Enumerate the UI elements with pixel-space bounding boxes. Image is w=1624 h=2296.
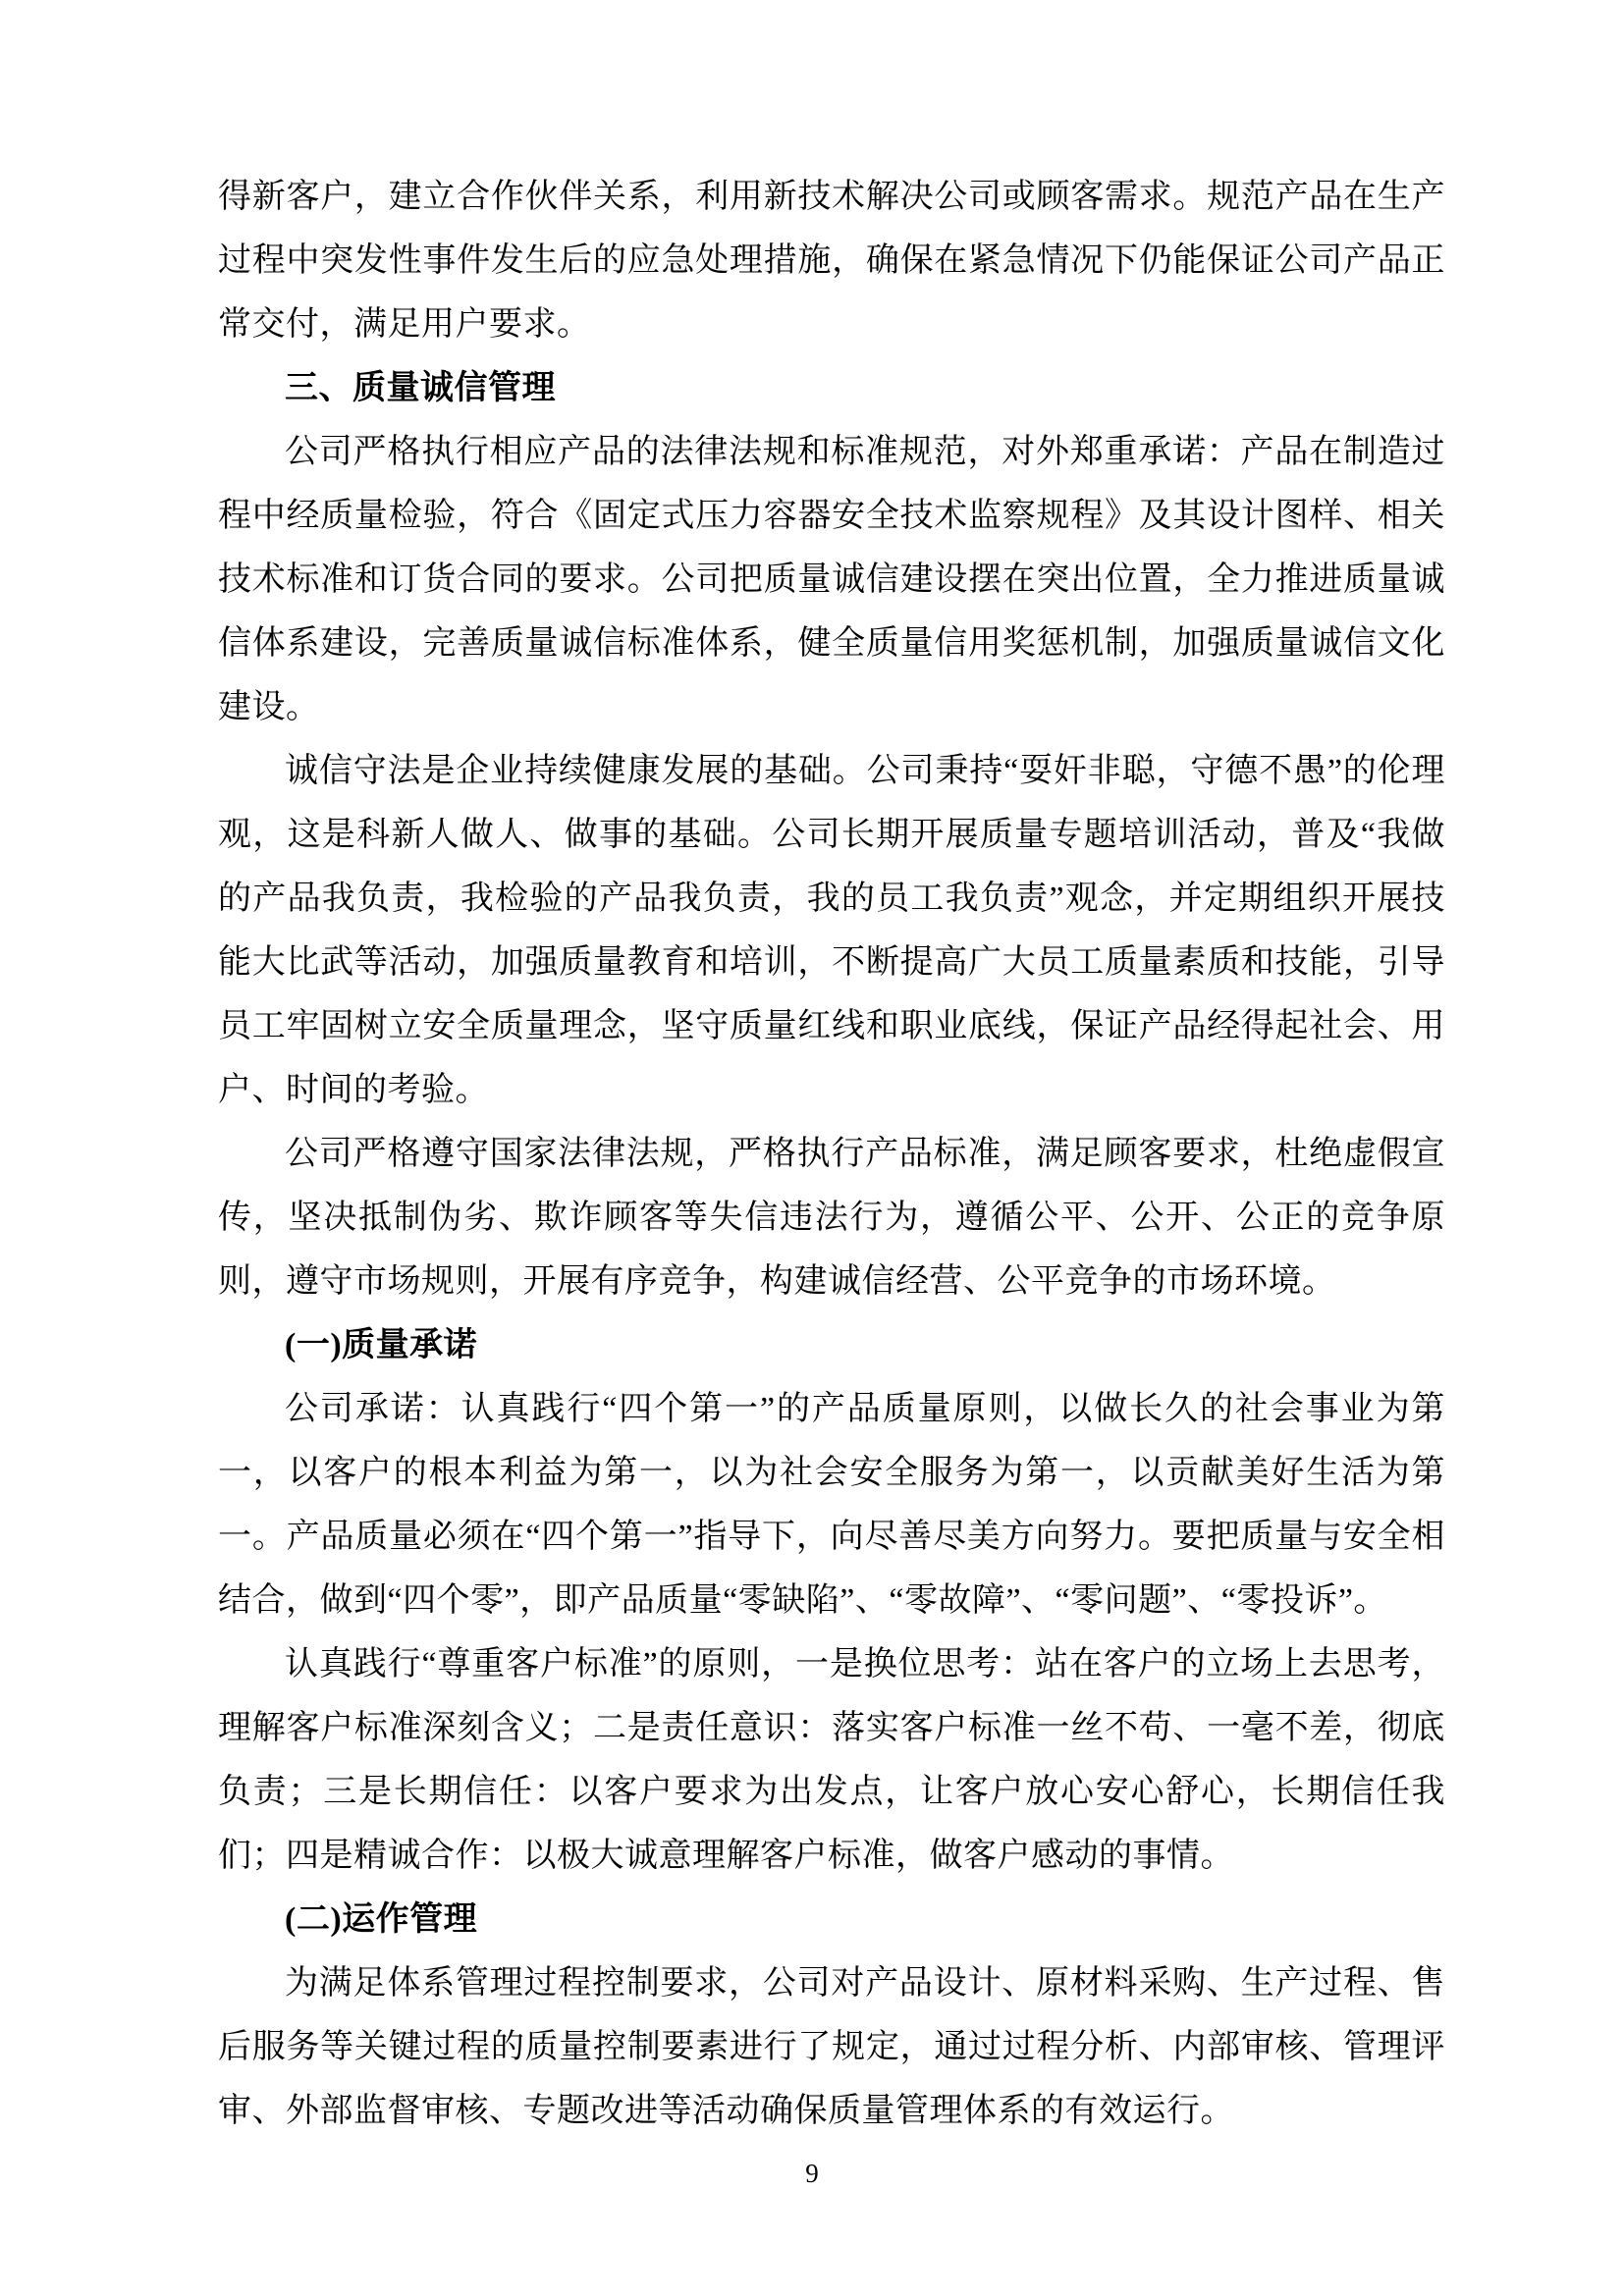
paragraph-integrity-culture: 诚信守法是企业持续健康发展的基础。公司秉持“耍奸非聪，守德不愚”的伦理观，这是科… <box>218 739 1445 1122</box>
paragraph-four-firsts: 公司承诺：认真践行“四个第一”的产品质量原则，以做长久的社会事业为第一，以客户的… <box>218 1377 1445 1632</box>
paragraph-fair-competition: 公司严格遵守国家法律法规，严格执行产品标准，满足顾客要求，杜绝虚假宣传，坚决抵制… <box>218 1122 1445 1313</box>
document-page: 得新客户，建立合作伙伴关系，利用新技术解决公司或顾客需求。规范产品在生产过程中突… <box>0 0 1624 2296</box>
section-heading-quality-integrity-management: 三、质量诚信管理 <box>218 356 1445 420</box>
paragraph-respect-customer-standards: 认真践行“尊重客户标准”的原则，一是换位思考：站在客户的立场上去思考，理解客户标… <box>218 1632 1445 1888</box>
paragraph-standards-compliance: 公司严格执行相应产品的法律法规和标准规范，对外郑重承诺：产品在制造过程中经质量检… <box>218 420 1445 739</box>
subsection-heading-quality-commitment: (一)质量承诺 <box>218 1313 1445 1377</box>
document-body: 得新客户，建立合作伙伴关系，利用新技术解决公司或顾客需求。规范产品在生产过程中突… <box>218 165 1445 2143</box>
subsection-heading-operations-management: (二)运作管理 <box>218 1888 1445 1951</box>
paragraph-process-control: 为满足体系管理过程控制要求，公司对产品设计、原材料采购、生产过程、售后服务等关键… <box>218 1951 1445 2143</box>
page-number: 9 <box>0 2158 1624 2189</box>
paragraph-carryover: 得新客户，建立合作伙伴关系，利用新技术解决公司或顾客需求。规范产品在生产过程中突… <box>218 165 1445 356</box>
